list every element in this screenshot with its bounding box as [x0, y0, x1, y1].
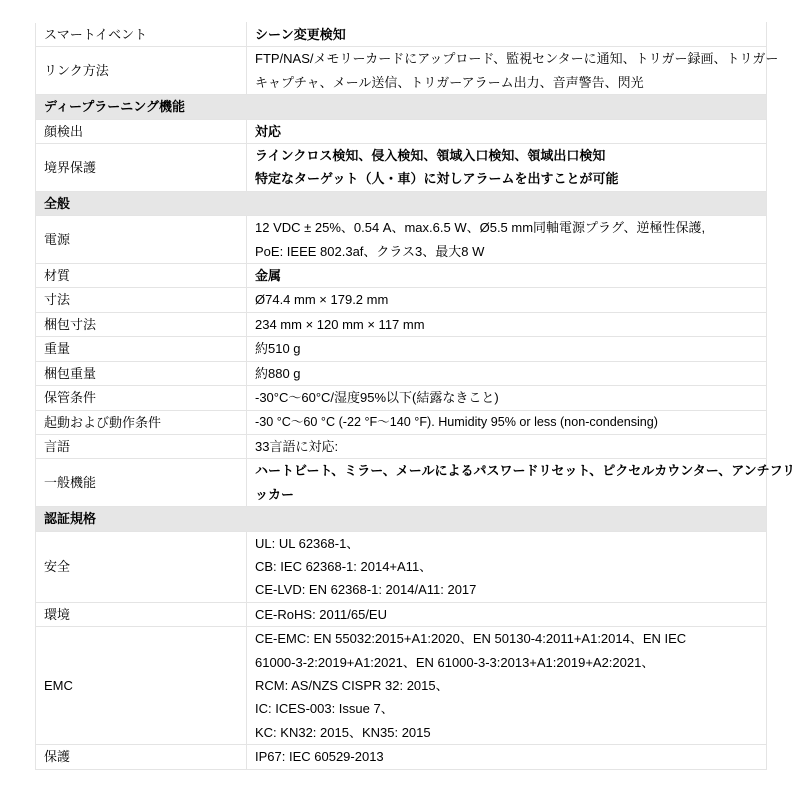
row-value: 対応 [247, 119, 767, 143]
value-line: CE-EMC: EN 55032:2015+A1:2020、EN 50130-4… [255, 627, 758, 650]
row-value: 234 mm × 120 mm × 117 mm [247, 312, 767, 336]
row-value: ハートビート、ミラー、メールによるパスワードリセット、ピクセルカウンター、アンチ… [247, 459, 767, 507]
row-label: 保護 [36, 745, 247, 769]
row-general-function: 一般機能 ハートビート、ミラー、メールによるパスワードリセット、ピクセルカウンタ… [36, 459, 767, 507]
value-line: CB: IEC 62368-1: 2014+A11、 [255, 555, 758, 578]
row-value: Ø74.4 mm × 179.2 mm [247, 288, 767, 312]
row-value: CE-EMC: EN 55032:2015+A1:2020、EN 50130-4… [247, 627, 767, 745]
row-value: ラインクロス検知、侵入検知、領域入口検知、領域出口検知 特定なターゲット（人・車… [247, 144, 767, 192]
row-label: 寸法 [36, 288, 247, 312]
value-line: PoE: IEEE 802.3af、クラス3、最大8 W [255, 240, 758, 263]
value-line: KC: KN32: 2015、KN35: 2015 [255, 721, 758, 744]
row-label: 言語 [36, 434, 247, 458]
value-line: キャプチャ、メール送信、トリガーアラーム出力、音声警告、閃光 [255, 71, 758, 94]
value-line: 12 VDC ± 25%、0.54 A、max.6.5 W、Ø5.5 mm同軸電… [255, 216, 758, 239]
row-language: 言語 33言語に対応: [36, 434, 767, 458]
row-environment: 環境 CE-RoHS: 2011/65/EU [36, 602, 767, 626]
value-line: 特定なターゲット（人・車）に対しアラームを出すことが可能 [255, 167, 758, 190]
row-label: 境界保護 [36, 144, 247, 192]
value-line: CE-LVD: EN 62368-1: 2014/A11: 2017 [255, 578, 758, 601]
row-label: 安全 [36, 531, 247, 602]
row-label: 電源 [36, 216, 247, 264]
row-material: 材質 金属 [36, 264, 767, 288]
row-value: CE-RoHS: 2011/65/EU [247, 602, 767, 626]
row-value: 金属 [247, 264, 767, 288]
row-dimensions: 寸法 Ø74.4 mm × 179.2 mm [36, 288, 767, 312]
section-heading: 認証規格 [36, 507, 767, 531]
row-safety: 安全 UL: UL 62368-1、 CB: IEC 62368-1: 2014… [36, 531, 767, 602]
row-value: UL: UL 62368-1、 CB: IEC 62368-1: 2014+A1… [247, 531, 767, 602]
row-label: 保管条件 [36, 386, 247, 410]
row-value: FTP/NAS/メモリーカードにアップロード、監視センターに通知、トリガー録画、… [247, 47, 767, 95]
section-certification: 認証規格 [36, 507, 767, 531]
row-label: 一般機能 [36, 459, 247, 507]
row-protection: 保護 IP67: IEC 60529-2013 [36, 745, 767, 769]
row-label: 材質 [36, 264, 247, 288]
section-heading: ディープラーニング機能 [36, 95, 767, 119]
value-line: ハートビート、ミラー、メールによるパスワードリセット、ピクセルカウンター、アンチ… [255, 459, 758, 482]
row-operating-conditions: 起動および動作条件 -30 °C～60 °C (-22 °F～140 °F). … [36, 410, 767, 434]
row-label: 梱包寸法 [36, 312, 247, 336]
row-value: IP67: IEC 60529-2013 [247, 745, 767, 769]
section-heading: 全般 [36, 191, 767, 215]
row-link-method: リンク方法 FTP/NAS/メモリーカードにアップロード、監視センターに通知、ト… [36, 47, 767, 95]
value-line: ッカー [255, 483, 758, 506]
row-label: 顔検出 [36, 119, 247, 143]
row-value: シーン変更検知 [247, 23, 767, 47]
row-face-detection: 顔検出 対応 [36, 119, 767, 143]
row-perimeter-protection: 境界保護 ラインクロス検知、侵入検知、領域入口検知、領域出口検知 特定なターゲッ… [36, 144, 767, 192]
value-line: 61000-3-2:2019+A1:2021、EN 61000-3-3:2013… [255, 651, 758, 674]
row-power: 電源 12 VDC ± 25%、0.54 A、max.6.5 W、Ø5.5 mm… [36, 216, 767, 264]
row-value: 33言語に対応: [247, 434, 767, 458]
row-value: -30°C～60°C/湿度95%以下(結露なきこと) [247, 386, 767, 410]
row-emc: EMC CE-EMC: EN 55032:2015+A1:2020、EN 501… [36, 627, 767, 745]
row-label: スマートイベント [36, 23, 247, 47]
row-label: 重量 [36, 337, 247, 361]
value-line: IC: ICES-003: Issue 7、 [255, 697, 758, 720]
section-general: 全般 [36, 191, 767, 215]
section-deep-learning: ディープラーニング機能 [36, 95, 767, 119]
row-package-weight: 梱包重量 約880 g [36, 361, 767, 385]
value-line: UL: UL 62368-1、 [255, 532, 758, 555]
value-line: -30 °C～60 °C (-22 °F～140 °F). Humidity 9… [255, 411, 758, 434]
row-label: リンク方法 [36, 47, 247, 95]
row-weight: 重量 約510 g [36, 337, 767, 361]
row-storage-conditions: 保管条件 -30°C～60°C/湿度95%以下(結露なきこと) [36, 386, 767, 410]
row-package-dimensions: 梱包寸法 234 mm × 120 mm × 117 mm [36, 312, 767, 336]
row-value: -30 °C～60 °C (-22 °F～140 °F). Humidity 9… [247, 410, 767, 434]
value-line: FTP/NAS/メモリーカードにアップロード、監視センターに通知、トリガー録画、… [255, 47, 758, 70]
row-smart-event: スマートイベント シーン変更検知 [36, 23, 767, 47]
row-label: 起動および動作条件 [36, 410, 247, 434]
row-value: 12 VDC ± 25%、0.54 A、max.6.5 W、Ø5.5 mm同軸電… [247, 216, 767, 264]
row-label: EMC [36, 627, 247, 745]
value-line: RCM: AS/NZS CISPR 32: 2015、 [255, 674, 758, 697]
value-line: ラインクロス検知、侵入検知、領域入口検知、領域出口検知 [255, 144, 758, 167]
row-label: 環境 [36, 602, 247, 626]
row-label: 梱包重量 [36, 361, 247, 385]
row-value: 約510 g [247, 337, 767, 361]
spec-table: スマートイベント シーン変更検知 リンク方法 FTP/NAS/メモリーカードにア… [35, 22, 767, 770]
row-value: 約880 g [247, 361, 767, 385]
